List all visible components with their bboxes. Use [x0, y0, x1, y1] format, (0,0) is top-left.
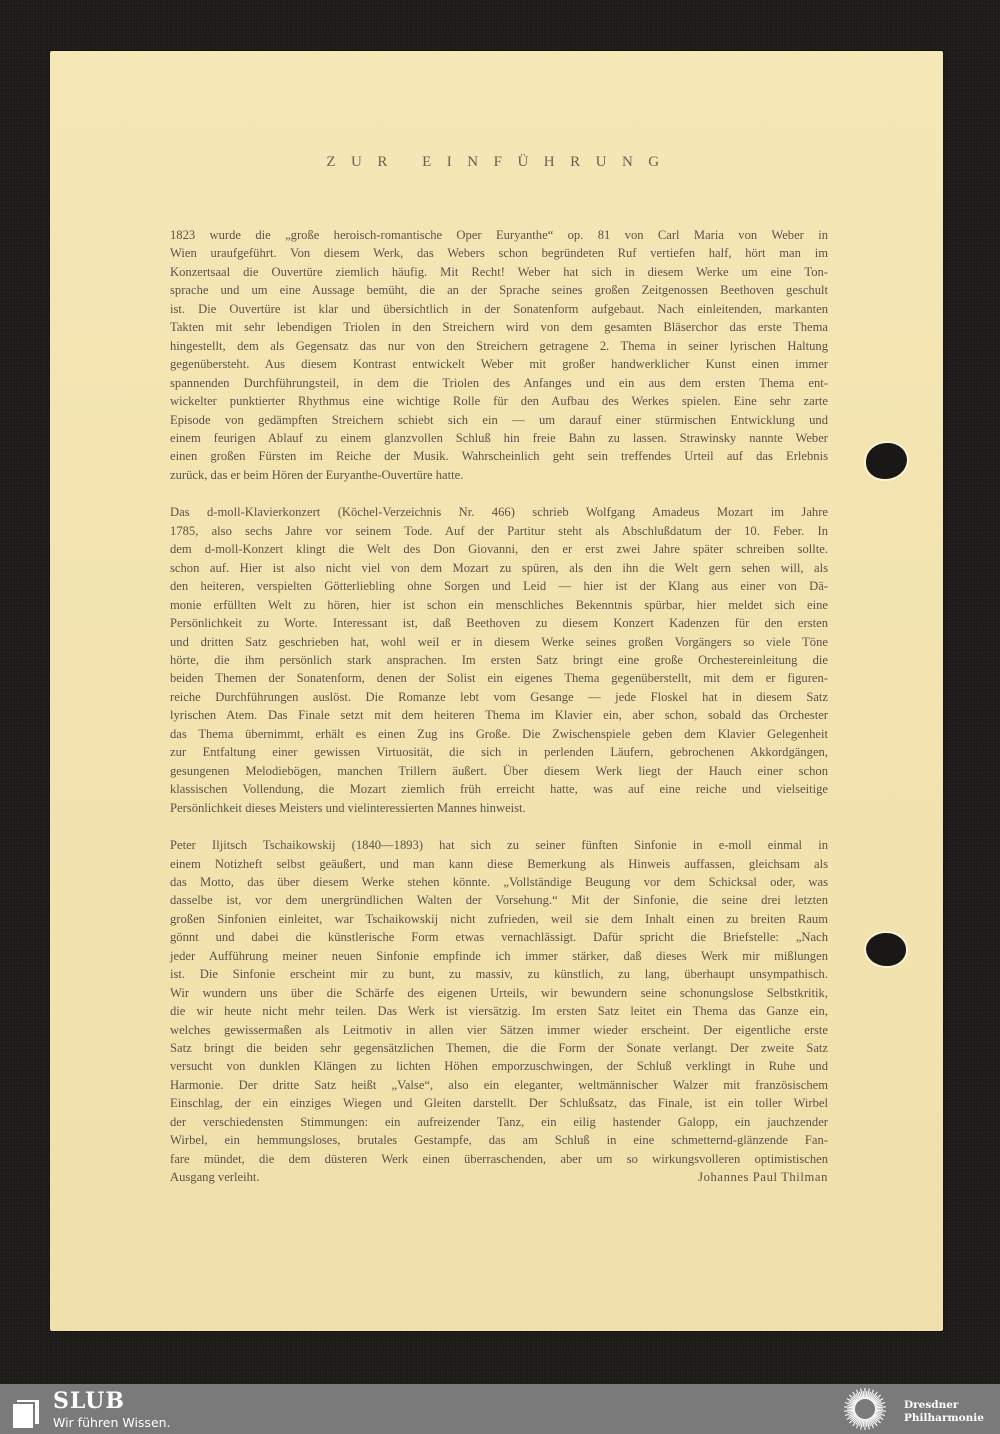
text-line: Episode von gedämpften Streichern schieb…: [170, 411, 828, 429]
text-line: gönnt und dabei die künstlerische Form e…: [170, 928, 828, 946]
text-line: spannenden Durchführungsteil, in dem die…: [170, 374, 828, 392]
text-line: die wir heute nicht mehr teilen. Das Wer…: [170, 1002, 828, 1020]
text-line: der verschiedensten Stimmungen: ein aufr…: [170, 1113, 828, 1131]
text-line: gesungenen Melodiebögen, manchen Triller…: [170, 762, 828, 780]
text-line: dasselbe ist, vor dem unergründlichen Wa…: [170, 891, 828, 909]
text-line: wickelter punktierter Rhythmus eine wich…: [170, 392, 828, 410]
text-line: Wir wundern uns über die Schärfe des eig…: [170, 984, 828, 1002]
text-line: das Thema übernimmt, erhält es einen Zug…: [170, 725, 828, 743]
slub-brand[interactable]: SLUB: [53, 1388, 125, 1414]
text-line: Satz bringt die beiden sehr gegensätzlic…: [170, 1039, 828, 1057]
text-line: zurück, das er beim Hören der Euryanthe-…: [170, 466, 828, 484]
text-line: hörte, die ihm persönlich stark ansprach…: [170, 651, 828, 669]
document-page: ZUR EINFÜHRUNG 1823 wurde die „große her…: [50, 51, 943, 1331]
text-line: schon auf. Hier ist also nicht viel von …: [170, 559, 828, 577]
text-line: zur Entfaltung einer gewissen Virtuositä…: [170, 743, 828, 761]
slub-tagline: Wir führen Wissen.: [53, 1415, 171, 1431]
text-line: lyrischen Atem. Das Finale setzt mit dem…: [170, 706, 828, 724]
text-line: 1823 wurde die „große heroisch-romantisc…: [170, 226, 828, 244]
closing-line: Ausgang verleiht. Johannes Paul Thilman: [170, 1168, 828, 1186]
text-line: Konzertsaal die Ouvertüre ziemlich häufi…: [170, 263, 828, 281]
text-line: jeder Aufführung meiner neuen Sinfonie e…: [170, 947, 828, 965]
text-line: und dritten Satz geschrieben hat, wohl w…: [170, 633, 828, 651]
text-line: Einschlag, der ein einziges Wiegen und G…: [170, 1094, 828, 1112]
text-line: ist. Die Ouvertüre ist klar und übersich…: [170, 300, 828, 318]
text-line: Persönlichkeit zu Worte. Interessant ist…: [170, 614, 828, 632]
philharmonie-line2: Philharmonie: [904, 1412, 984, 1425]
text-line: hingestellt, dem als Gegensatz das nur v…: [170, 337, 828, 355]
text-line: einen großen Fürsten im Reiche der Musik…: [170, 447, 828, 465]
text-line: Takten mit sehr lebendigen Triolen in de…: [170, 318, 828, 336]
text-line: einem Notizheft selbst geäußert, und man…: [170, 855, 828, 873]
text-line: dem d-moll-Konzert klingt die Welt des D…: [170, 540, 828, 558]
text-line: Persönlichkeit dieses Meisters und vieli…: [170, 799, 828, 817]
author-signature: Johannes Paul Thilman: [698, 1168, 828, 1186]
text-line: Wien uraufgeführt. Von diesem Werk, das …: [170, 244, 828, 262]
text-line: reiche Durchführungen auslöst. Die Roman…: [170, 688, 828, 706]
body-text: 1823 wurde die „große heroisch-romantisc…: [170, 226, 828, 1206]
text-line: Peter Iljitsch Tschaikowskij (1840—1893)…: [170, 836, 828, 854]
philharmonie-sunburst-icon: [842, 1386, 888, 1432]
text-line: gegenübersteht. Aus diesem Kontrast entw…: [170, 355, 828, 373]
text-line: versucht von dunklen Klängen zu lichten …: [170, 1057, 828, 1075]
philharmonie-line1: Dresdner: [904, 1399, 984, 1412]
philharmonie-brand[interactable]: Dresdner Philharmonie: [904, 1399, 984, 1425]
text-line: den heiteren, verspielten Götterliebling…: [170, 577, 828, 595]
text-line: großen Sinfonien einleitet, war Tschaiko…: [170, 910, 828, 928]
text-line: einem feurigen Ablauf zu einem glanzvoll…: [170, 429, 828, 447]
punch-hole: [866, 443, 907, 479]
punch-hole: [866, 933, 906, 966]
text-line: welches gewissermaßen als Leitmotiv in a…: [170, 1021, 828, 1039]
slub-book-icon: [13, 1400, 39, 1428]
text-line: ist. Die Sinfonie erscheint mir zu bunt,…: [170, 965, 828, 983]
text-line: sprache und um eine Aussage bemüht, die …: [170, 281, 828, 299]
paragraph-mozart: Das d-moll-Klavierkonzert (Köchel-Verzei…: [170, 503, 828, 817]
text-line: monie erfüllten Welt zu hören, hier ist …: [170, 596, 828, 614]
text-line: das Motto, das über diesem Werke stehen …: [170, 873, 828, 891]
text-line: 1785, also sechs Jahre vor seinem Tode. …: [170, 522, 828, 540]
footer-bar: SLUB Wir führen Wissen. Dresdner Philhar…: [0, 1384, 1000, 1434]
page-title: ZUR EINFÜHRUNG: [50, 154, 943, 171]
paragraph-weber: 1823 wurde die „große heroisch-romantisc…: [170, 226, 828, 484]
text-line: Das d-moll-Klavierkonzert (Köchel-Verzei…: [170, 503, 828, 521]
text-line: Wirbel, ein hemmungsloses, brutales Gest…: [170, 1131, 828, 1149]
text-line: Harmonie. Der dritte Satz heißt „Valse“,…: [170, 1076, 828, 1094]
closing-text: Ausgang verleiht.: [170, 1168, 260, 1186]
text-line: beiden Themen der Sonatenform, denen der…: [170, 669, 828, 687]
text-line: klassischen Vollendung, die Mozart zieml…: [170, 780, 828, 798]
paragraph-tschaikowskij: Peter Iljitsch Tschaikowskij (1840—1893)…: [170, 836, 828, 1187]
text-line: fare mündet, die dem düsteren Werk einen…: [170, 1150, 828, 1168]
